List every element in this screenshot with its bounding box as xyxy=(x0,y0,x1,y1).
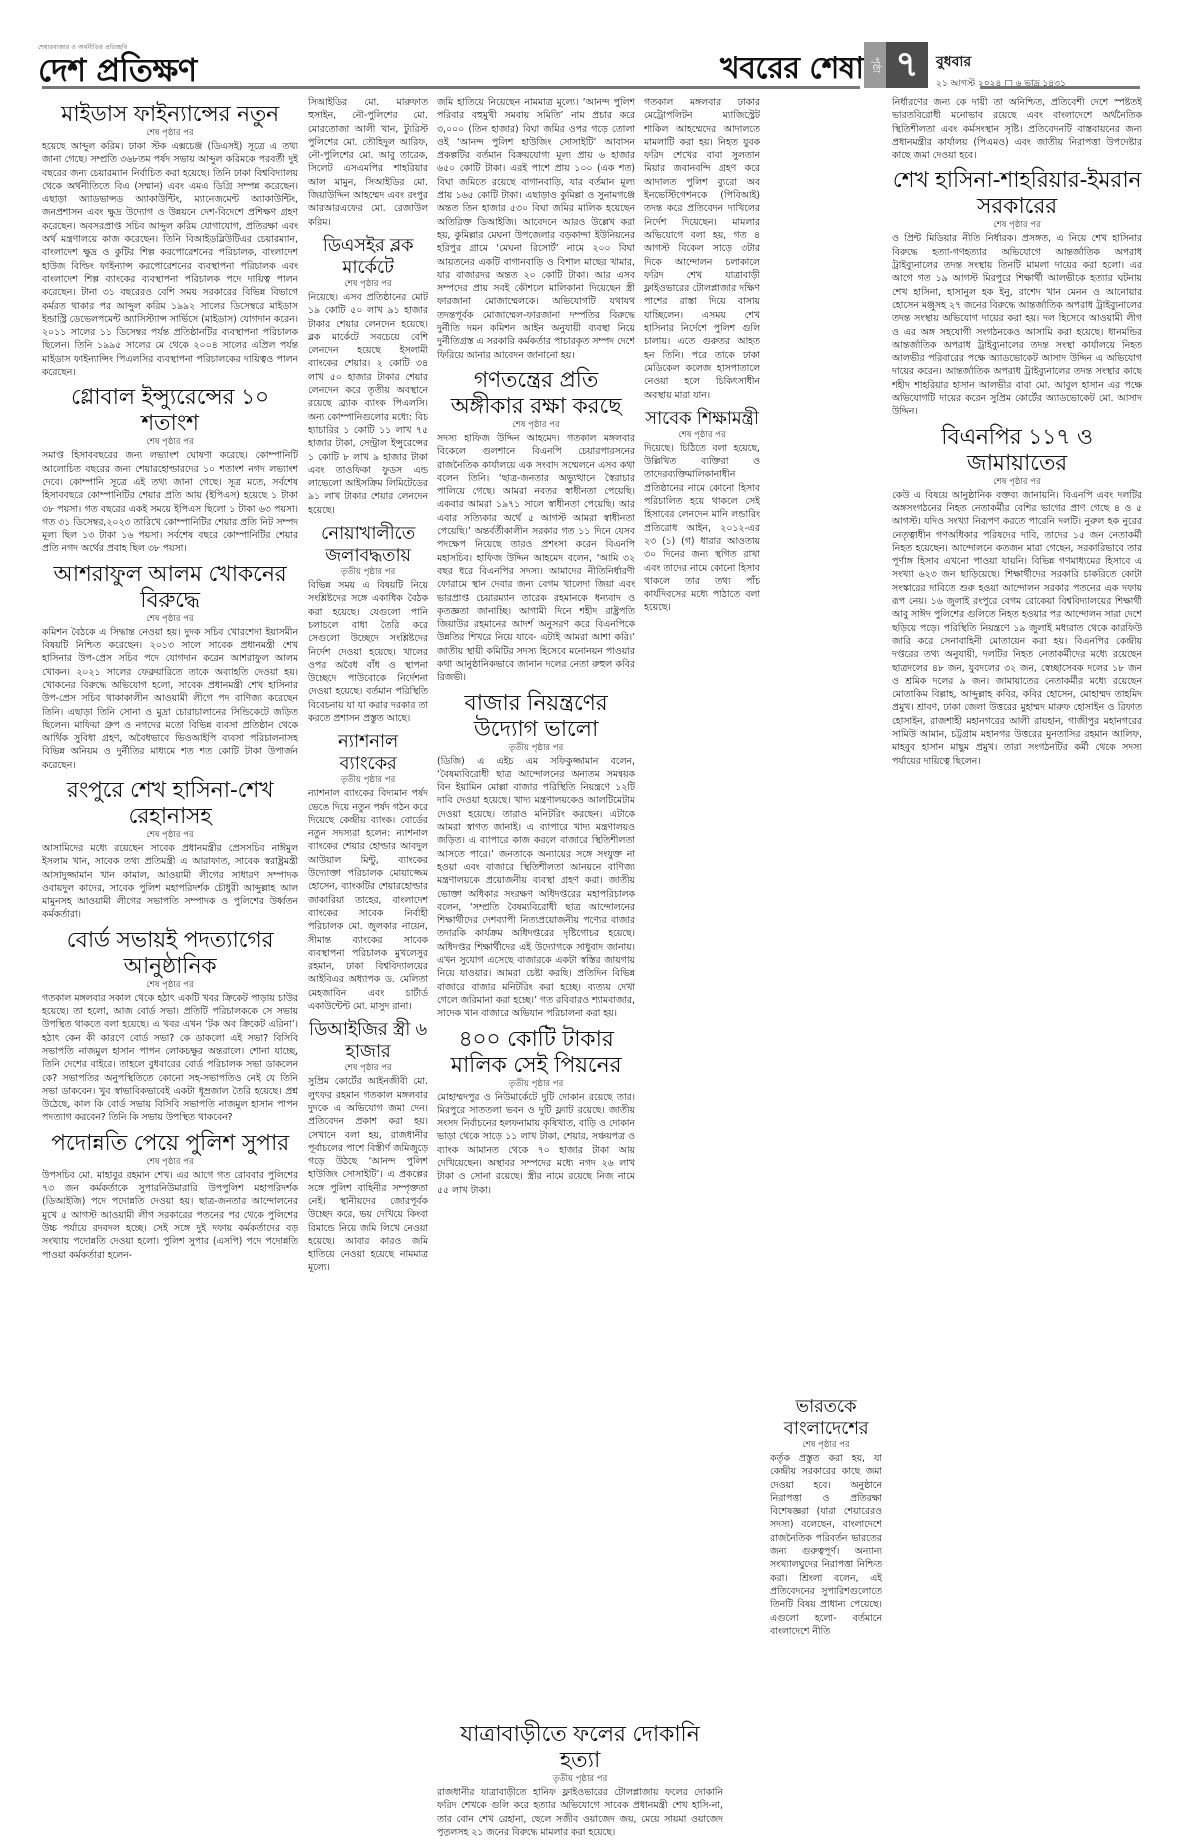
column-1: মাইডাস ফাইন্যান্সের নতুন শেষ পৃষ্ঠার পর … xyxy=(42,96,298,1836)
headline: মাইডাস ফাইন্যান্সের নতুন xyxy=(42,102,298,128)
continued-from: শেষ পৃষ্ঠার পর xyxy=(892,220,1142,231)
article-body: (ডিজি) এ এইচ এম সফিকুজ্জামান বলেন, ‘বৈষম… xyxy=(437,755,635,1021)
masthead: শেয়ারবাজার ও অর্থনীতির প্রতিচ্ছবি দেশ প… xyxy=(0,0,1200,88)
headline: বাজার নিয়ন্ত্রণের উদ্যোগ ভালো xyxy=(437,691,635,743)
article-body: নিয়েছে। এসব প্রতিষ্ঠানের মোট ১৯ কোটি ৫০… xyxy=(308,291,428,517)
column-5: ভারতকে বাংলাদেশের শেষ পৃষ্ঠার পর কর্তৃক … xyxy=(770,96,882,1836)
article-body: ন্যাশনাল ব্যাংকের বিদ্যমান পর্ষদ ভেঙে দি… xyxy=(308,787,428,1013)
article-jatrabari: যাত্রাবাড়ীতে ফলের দোকানি হত্যা তৃতীয় প… xyxy=(437,1716,723,1836)
headline: ৪০০ কোটি টাকার মালিক সেই পিয়নের xyxy=(437,1027,635,1079)
dateline: বুধবার ২১ আগস্ট ২০২৪ □ ৬ ভাদ্র ১৪৩১ xyxy=(936,50,1066,91)
article-rangpur: রংপুরে শেখ হাসিনা-শেখ রেহানাসহ শেষ পৃষ্ঠ… xyxy=(42,778,298,922)
continued-from: শেষ পৃষ্ঠার পর xyxy=(42,128,298,139)
article-body: সদস্য হাফিজ উদ্দিন আহমেদ। গতকাল মঙ্গলবার… xyxy=(437,432,635,685)
weekday: বুধবার xyxy=(936,50,1066,74)
article-body: মোহাম্মদপুর ও নিউমার্কেটে দুটি দোকান রয়… xyxy=(437,1091,635,1197)
article-body: নির্ধারণের জন্য কে দায়ী তা অনিশ্চিত, প্… xyxy=(892,96,1142,162)
article-peon: ৪০০ কোটি টাকার মালিক সেই পিয়নের তৃতীয় … xyxy=(437,1027,635,1197)
article-dse-block: ডিএসইর ব্লক মার্কেটে শেষ পৃষ্ঠার পর নিয়… xyxy=(308,235,428,517)
continued-from: তৃতীয় পৃষ্ঠার পর xyxy=(437,743,635,754)
continued-from: শেষ পৃষ্ঠার পর xyxy=(42,614,298,625)
article-former-edu-minister: সাবেক শিক্ষামন্ত্রী শেষ পৃষ্ঠার পর দিয়ে… xyxy=(644,408,760,615)
continued-from: তৃতীয় পৃষ্ঠার পর xyxy=(308,567,428,578)
article-police-super: পদোন্নতি পেয়ে পুলিশ সুপার শেষ পৃষ্ঠার প… xyxy=(42,1131,298,1262)
page-label: পৃষ্ঠা xyxy=(864,42,886,88)
continued-from: শেষ পৃষ্ঠার পর xyxy=(308,1063,428,1074)
header-rule xyxy=(980,86,1140,89)
headline: ডিএসইর ব্লক মার্কেটে xyxy=(308,235,428,279)
headline: রংপুরে শেখ হাসিনা-শেখ রেহানাসহ xyxy=(42,778,298,830)
article-national-bank: ন্যাশনাল ব্যাংকের তৃতীয় পৃষ্ঠার পর ন্যা… xyxy=(308,731,428,1013)
continued-from: তৃতীয় পৃষ্ঠার পর xyxy=(308,775,428,786)
headline: গণতন্ত্রের প্রতি অঙ্গীকার রক্ষা করছে xyxy=(437,368,635,420)
article-dig: ডিআইজির স্ত্রী ৬ হাজার শেষ পৃষ্ঠার পর সু… xyxy=(308,1019,428,1274)
article-body: গতকাল মঙ্গলবার সকাল থেকে হঠাৎ একটি খবর ক… xyxy=(42,992,298,1125)
headline: যাত্রাবাড়ীতে ফলের দোকানি হত্যা xyxy=(437,1722,723,1774)
headline: শেখ হাসিনা-শাহরিয়ার-ইমরান সরকারের xyxy=(892,168,1142,220)
continued-from: শেষ পৃষ্ঠার পর xyxy=(42,1157,298,1168)
article-body: সিআইডির মো. মারুফাত হুসাইন, নৌ-পুলিশের ম… xyxy=(308,96,428,229)
article-democracy: গণতন্ত্রের প্রতি অঙ্গীকার রক্ষা করছে শেষ… xyxy=(437,368,635,685)
article-body: গতকাল মঙ্গলবার ঢাকার মেট্রোপলিটন ম্যাজিস… xyxy=(644,96,760,402)
article-body: রাজধানীর যাত্রাবাড়ীতে হানিফ ফ্লাইওভারের… xyxy=(437,1786,723,1836)
continued-from: শেষ পৃষ্ঠার পর xyxy=(308,279,428,290)
continued-from: শেষ পৃষ্ঠার পর xyxy=(42,980,298,991)
column-2: সিআইডির মো. মারুফাত হুসাইন, নৌ-পুলিশের ম… xyxy=(308,96,428,1836)
continued-from: শেষ পৃষ্ঠার পর xyxy=(42,437,298,448)
article-midas: মাইডাস ফাইন্যান্সের নতুন শেষ পৃষ্ঠার পর … xyxy=(42,102,298,379)
article-body: বিভিন্ন সময় এ বিষয়টি নিয়ে সংশ্লিষ্টদে… xyxy=(308,579,428,725)
column-4: গতকাল মঙ্গলবার ঢাকার মেট্রোপলিটন ম্যাজিস… xyxy=(644,96,760,1716)
article-body: কেউ এ বিষয়ে আনুষ্ঠানিক বক্তব্য জানায়নি… xyxy=(892,489,1142,768)
continued-from: শেষ পৃষ্ঠার পর xyxy=(42,830,298,841)
continued-from: তৃতীয় পৃষ্ঠার পর xyxy=(437,1774,723,1785)
article-market-control: বাজার নিয়ন্ত্রণের উদ্যোগ ভালো তৃতীয় পৃ… xyxy=(437,691,635,1021)
article-body: কর্তৃক প্রস্তুত করা হয়, যা কেন্দ্রীয় স… xyxy=(770,1452,882,1638)
article-body: ও প্রিন্ট মিডিয়ার নীতি নির্ধারক। প্রসঙ্… xyxy=(892,232,1142,418)
headline: বিএনপির ১১৭ ও জামায়াতের xyxy=(892,425,1142,477)
article-body: জমি হাতিয়ে নিয়েছেন নামমাত্র মূল্যে। ‘আ… xyxy=(437,96,635,362)
headline: গ্লোবাল ইন্স্যুরেন্সের ১০ শতাংশ xyxy=(42,385,298,437)
article-global-insurance: গ্লোবাল ইন্স্যুরেন্সের ১০ শতাংশ শেষ পৃষ্… xyxy=(42,385,298,555)
newspaper-title: দেশ প্রতিক্ষণ xyxy=(38,53,197,87)
article-body: সমাপ্ত হিসাববছরের জন্য লভ্যাংশ ঘোষণা করে… xyxy=(42,449,298,555)
headline: ন্যাশনাল ব্যাংকের xyxy=(308,731,428,775)
continued-from: তৃতীয় পৃষ্ঠার পর xyxy=(437,1079,635,1090)
headline: বোর্ড সভায়ই পদত্যাগের আনুষ্ঠানিক xyxy=(42,928,298,980)
article-ashraful: আশরাফুল আলম খোকনের বিরুদ্ধে শেষ পৃষ্ঠার … xyxy=(42,562,298,772)
article-body: উপসচিব মো. মাহাবুর রহমান শেখ। এর আগে গত … xyxy=(42,1169,298,1262)
continued-from: শেষ পৃষ্ঠার পর xyxy=(437,420,635,431)
article-body: কমিশন বৈঠকে এ সিদ্ধান্ত নেওয়া হয়। দুদক… xyxy=(42,626,298,772)
headline: পদোন্নতি পেয়ে পুলিশ সুপার xyxy=(42,1131,298,1157)
headline: নোয়াখালীতে জলাবদ্ধতায় xyxy=(308,523,428,567)
headline: আশরাফুল আলম খোকনের বিরুদ্ধে xyxy=(42,562,298,614)
page-number: ৭ xyxy=(886,42,928,88)
headline: ভারতকে বাংলাদেশের xyxy=(770,1396,882,1440)
article-body: হয়েছে আব্দুল করিম। ঢাকা স্টক এক্সচেঞ্জ … xyxy=(42,140,298,379)
article-body: সুপ্রিম কোর্টের আইনজীবী মো. লুৎফর রহমান … xyxy=(308,1075,428,1274)
continued-from: শেষ পৃষ্ঠার পর xyxy=(644,430,760,441)
column-6: নির্ধারণের জন্য কে দায়ী তা অনিশ্চিত, প্… xyxy=(892,96,1142,1836)
headline: সাবেক শিক্ষামন্ত্রী xyxy=(644,408,760,430)
header-rule xyxy=(42,86,860,89)
newspaper-logo: শেয়ারবাজার ও অর্থনীতির প্রতিচ্ছবি দেশ প… xyxy=(38,42,197,87)
continued-from: শেষ পৃষ্ঠার পর xyxy=(892,477,1142,488)
headline: ডিআইজির স্ত্রী ৬ হাজার xyxy=(308,1019,428,1063)
column-3: জমি হাতিয়ে নিয়েছেন নামমাত্র মূল্যে। ‘আ… xyxy=(437,96,635,1716)
continued-from: শেষ পৃষ্ঠার পর xyxy=(770,1440,882,1451)
article-noakhali: নোয়াখালীতে জলাবদ্ধতায় তৃতীয় পৃষ্ঠার প… xyxy=(308,523,428,725)
article-board-meeting: বোর্ড সভায়ই পদত্যাগের আনুষ্ঠানিক শেষ পৃ… xyxy=(42,928,298,1125)
article-india-bangladesh: ভারতকে বাংলাদেশের শেষ পৃষ্ঠার পর কর্তৃক … xyxy=(770,1396,882,1638)
article-body: আসামিদের মধ্যে রয়েছেন সাবেক প্রধানমন্ত্… xyxy=(42,842,298,922)
article-body: দিয়েছে। চিঠিতে বলা হয়েছে, উল্লিখিত ব্য… xyxy=(644,442,760,615)
article-bnp-117: বিএনপির ১১৭ ও জামায়াতের শেষ পৃষ্ঠার পর … xyxy=(892,425,1142,768)
article-hasina-shahriar: শেখ হাসিনা-শাহরিয়ার-ইমরান সরকারের শেষ প… xyxy=(892,168,1142,418)
